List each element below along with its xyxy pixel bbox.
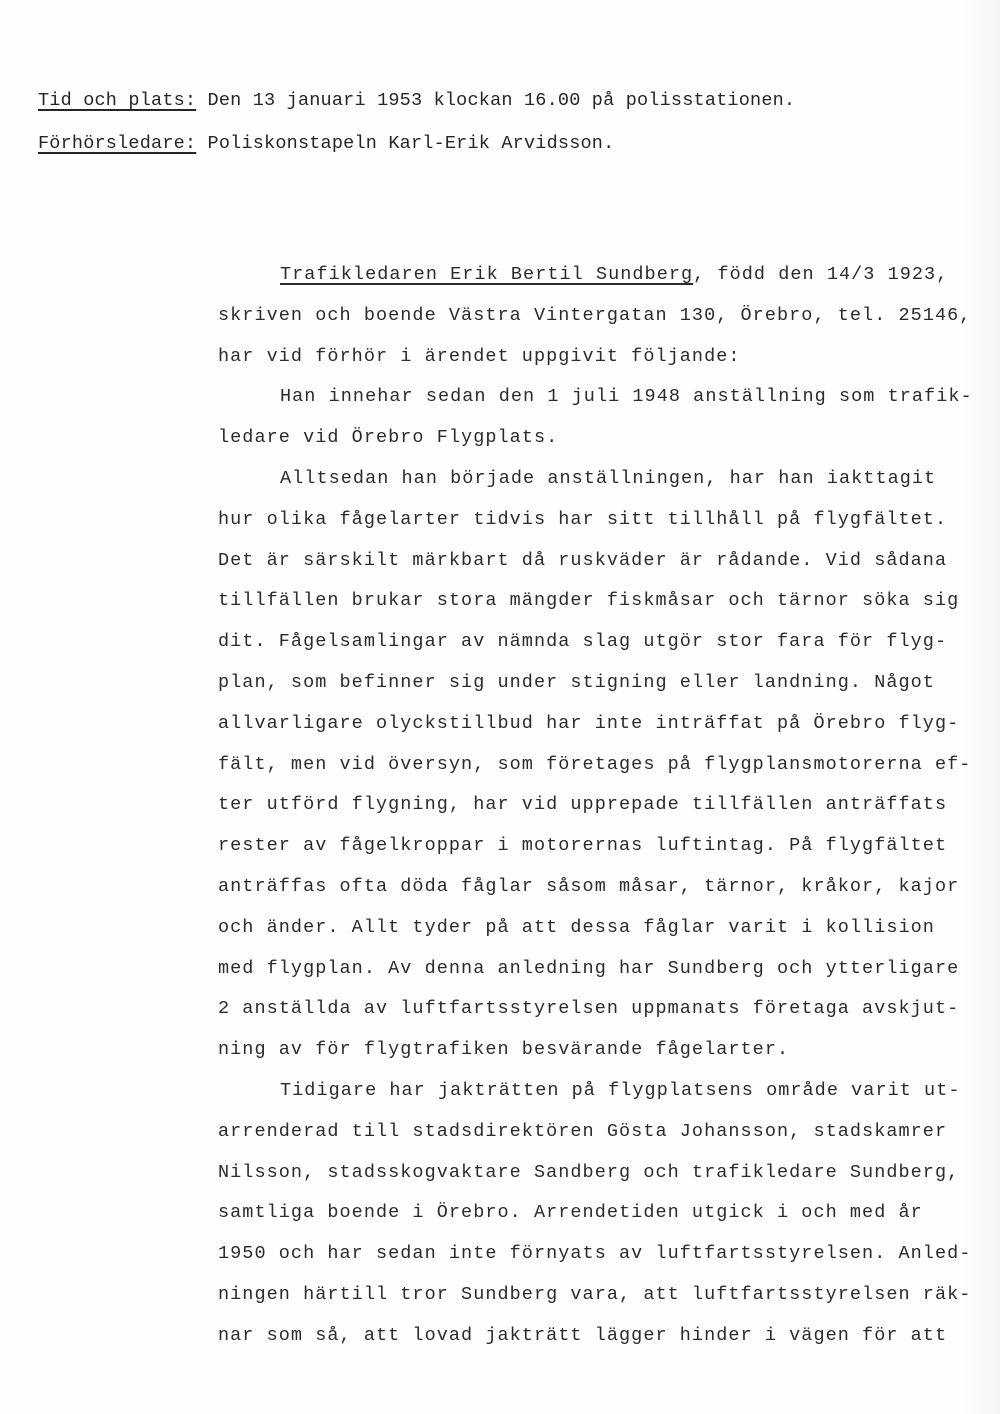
paragraph-line: allvarligare olyckstillbud har inte intr… [218,713,959,734]
paragraph-line: plan, som befinner sig under stigning el… [218,672,935,693]
paragraph-line: anträffas ofta döda fåglar såsom måsar, … [218,876,959,897]
paragraph-line: Nilsson, stadsskogvaktare Sandberg och t… [218,1162,959,1183]
paragraph-line: dit. Fågelsamlingar av nämnda slag utgör… [218,631,947,652]
paragraph-line: och änder. Allt tyder på att dessa fågla… [218,917,935,938]
paragraph-line: ningen härtill tror Sundberg vara, att l… [218,1284,971,1305]
paragraph-line: ledare vid Örebro Flygplats. [218,427,558,448]
time-place-label: Tid och plats: [38,90,196,111]
paragraph-line: Alltsedan han började anställningen, har… [280,468,936,489]
intro-line: har vid förhör i ärendet uppgivit följan… [218,346,741,367]
subject-line: Trafikledaren Erik Bertil Sundberg, född… [280,264,948,285]
interrogator-value: Poliskonstapeln Karl-Erik Arvidsson. [196,133,614,154]
paragraph-line: Tidigare har jakträtten på flygplatsens … [280,1080,961,1101]
paragraph-line: med flygplan. Av denna anledning har Sun… [218,958,959,979]
paragraph-line: hur olika fågelarter tidvis har sitt til… [218,509,947,530]
paragraph-line: 1950 och har sedan inte förnyats av luft… [218,1243,971,1264]
paragraph-line: ter utförd flygning, har vid upprepade t… [218,794,947,815]
page-edge-shadow [958,0,1000,1414]
paragraph-line: rester av fågelkroppar i motorernas luft… [218,835,947,856]
subject-title: Trafikledaren Erik Bertil Sundberg [280,264,693,285]
document-page: Tid och plats: Den 13 januari 1953 klock… [0,0,1000,1414]
subject-details: , född den 14/3 1923, [693,264,948,285]
interrogator-label: Förhörsledare: [38,133,196,154]
header-time-place: Tid och plats: Den 13 januari 1953 klock… [38,90,795,111]
paragraph-line: 2 anställda av luftfartsstyrelsen uppman… [218,998,959,1019]
paragraph-line: arrenderad till stadsdirektören Gösta Jo… [218,1121,947,1142]
header-interrogator: Förhörsledare: Poliskonstapeln Karl-Erik… [38,133,614,154]
paragraph-line: Han innehar sedan den 1 juli 1948 anstäl… [280,386,973,407]
paragraph-line: tillfällen brukar stora mängder fiskmåsa… [218,590,959,611]
paragraph-line: Det är särskilt märkbart då ruskväder är… [218,550,947,571]
paragraph-line: ning av för flygtrafiken besvärande fåge… [218,1039,789,1060]
paragraph-line: samtliga boende i Örebro. Arrendetiden u… [218,1202,923,1223]
intro-line: skriven och boende Västra Vintergatan 13… [218,305,971,326]
paragraph-line: fält, men vid översyn, som företages på … [218,754,971,775]
time-place-value: Den 13 januari 1953 klockan 16.00 på pol… [196,90,795,111]
paragraph-line: nar som så, att lovad jakträtt lägger hi… [218,1325,947,1346]
